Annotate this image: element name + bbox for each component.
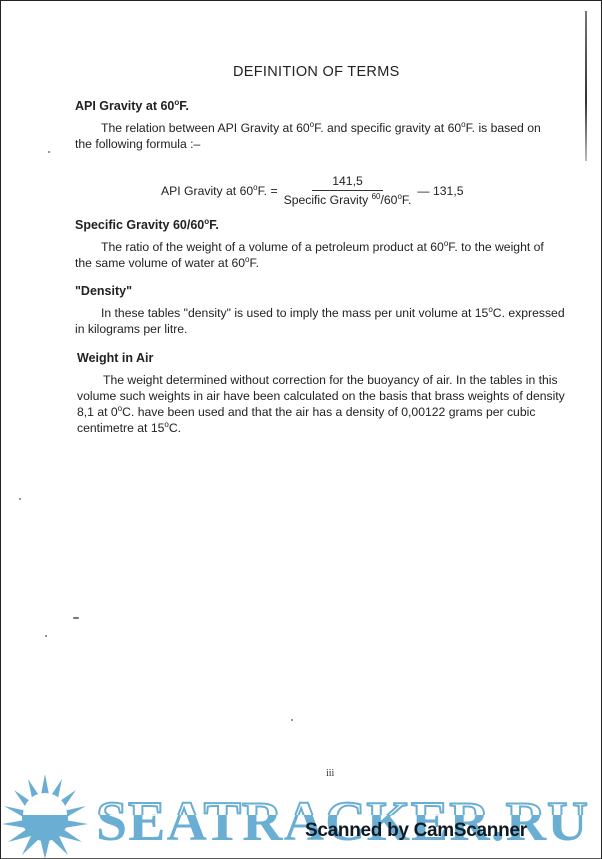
heading-api-gravity: API Gravity at 60oF. [75,99,189,113]
seatracker-watermark: SEATRACKER.RU SEATRACKER.RU [0,772,602,859]
scan-speck [373,248,375,250]
formula-numerator: 141,5 [312,174,383,191]
sun-icon [2,774,88,859]
paragraph-specific-gravity: The ratio of the weight of a volume of a… [75,239,573,271]
paragraph-density: In these tables "density" is used to imp… [75,305,573,337]
heading-density: "Density" [75,284,132,298]
api-gravity-formula: API Gravity at 60oF. = 141,5 Specific Gr… [161,174,463,207]
page-title: DEFINITION OF TERMS [233,64,400,80]
scan-edge-shadow [585,11,587,161]
scan-speck [45,635,47,637]
scan-speck [556,397,558,399]
camscanner-label: Scanned by CamScanner [305,820,527,842]
scan-speck [48,151,50,153]
scanned-page: DEFINITION OF TERMS API Gravity at 60oF.… [0,0,602,859]
formula-tail: — 131,5 [417,184,463,198]
scan-speck [73,617,79,619]
formula-denominator: Specific Gravity 60/60oF. [284,191,412,207]
formula-lhs: API Gravity at 60oF. = [161,184,278,198]
formula-fraction: 141,5 Specific Gravity 60/60oF. [284,174,412,207]
heading-specific-gravity: Specific Gravity 60/60oF. [75,218,219,232]
scan-speck [19,498,21,500]
paragraph-api-gravity: The relation between API Gravity at 60oF… [75,120,573,152]
heading-weight-in-air: Weight in Air [77,351,153,365]
scan-speck [291,719,293,721]
paragraph-weight-in-air: The weight determined without correction… [77,372,573,436]
